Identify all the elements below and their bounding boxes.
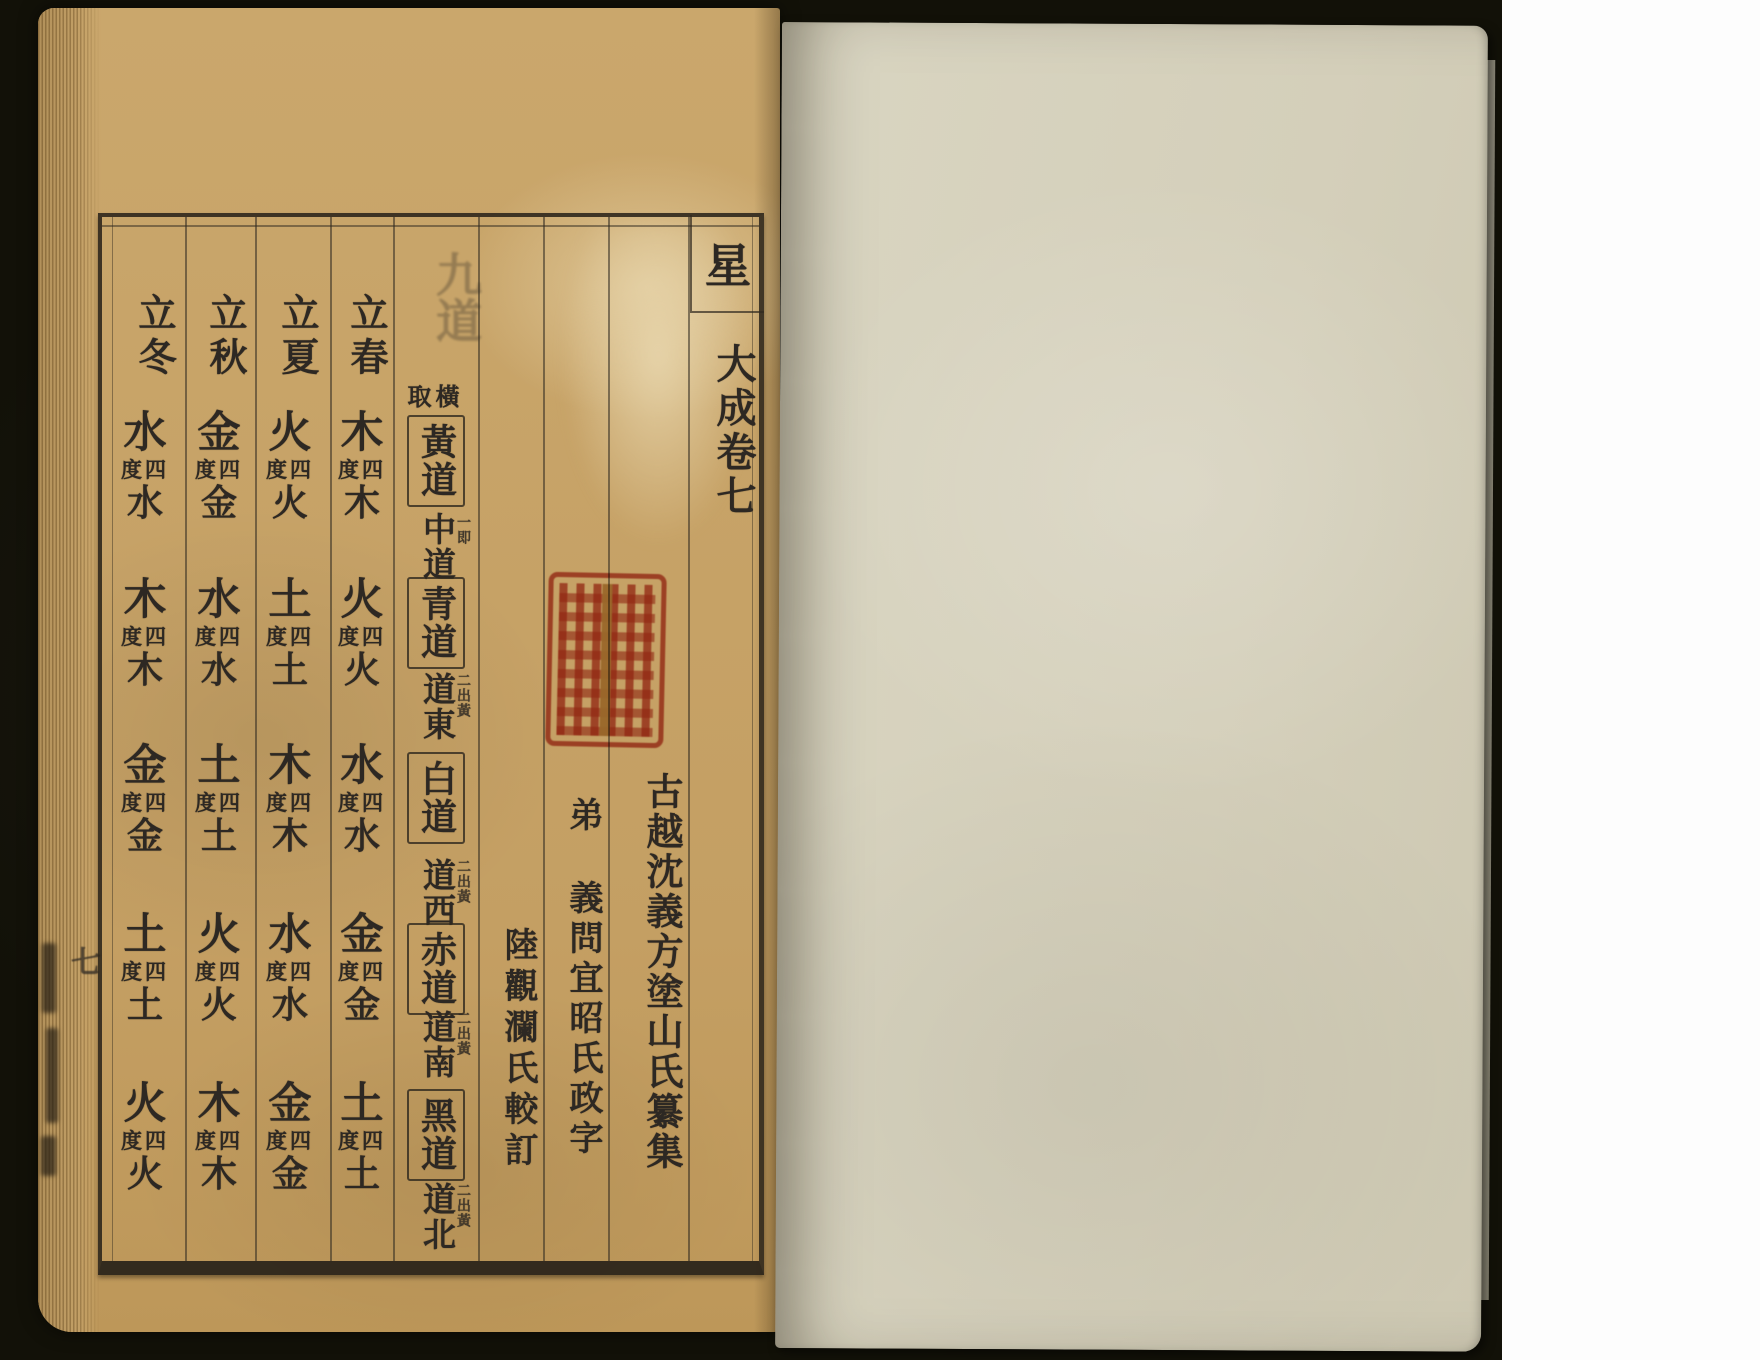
road-white-note: 二出黃 [455, 859, 473, 904]
term-label: 立春 [330, 293, 394, 381]
term-cell: 水 四度 水 [108, 412, 182, 522]
collector-seal [545, 572, 667, 748]
attribution-compiler: 古越沈義方塗山氏纂集 [608, 762, 688, 1182]
printed-frame: 星 大成卷七 古越沈義方塗山氏纂集 弟 義問宜昭氏政字 陸觀瀾氏較訂 九道 橫取… [98, 213, 764, 1275]
term-cell: 土 四度 土 [255, 579, 325, 689]
term-cell: 金 四度 金 [108, 745, 182, 855]
left-page: 七 星 大成卷七 古越沈義方塗山氏纂集 [38, 8, 780, 1332]
term-cell: 火 四度 火 [255, 412, 325, 522]
fore-edge-smudge [42, 943, 56, 1013]
book-photo-background: 七 星 大成卷七 古越沈義方塗山氏纂集 [0, 0, 1502, 1360]
term-cell: 金 四度 金 [255, 1083, 325, 1193]
attribution-brother: 義問宜昭氏政字 [543, 865, 608, 1175]
fore-edge-smudge [41, 1136, 56, 1176]
term-label: 立秋 [185, 293, 253, 381]
road-green-box: 青道 [407, 577, 465, 669]
term-cell: 木 四度 木 [108, 579, 182, 689]
road-black-note: 二出黃 [455, 1183, 473, 1228]
road-red-note: 二出黃 [455, 1011, 473, 1056]
term-col-lidong: 立冬 水 四度 水 木 四度 木 金 四度 金 土 四度 土 [108, 217, 182, 1261]
term-label: 立冬 [108, 293, 182, 381]
term-cell: 金 四度 金 [185, 412, 253, 522]
term-cell: 火 四度 火 [330, 579, 394, 689]
term-col-lichun: 立春 木 四度 木 火 四度 火 水 四度 水 金 四度 金 [330, 217, 394, 1261]
term-cell: 火 四度 火 [185, 914, 253, 1024]
term-cell: 水 四度 水 [255, 914, 325, 1024]
term-cell: 水 四度 水 [185, 579, 253, 689]
road-red-box: 赤道 [407, 923, 465, 1015]
road-green-note: 二出黃 [455, 673, 473, 718]
right-page-blank [775, 22, 1488, 1352]
term-cell: 水 四度 水 [330, 745, 394, 855]
road-yellow-box: 黃道 [407, 415, 465, 507]
roads-header-column: 九道 橫取 黃道 中道 一即 青道 道東 二出黃 白道 道西 二出黃 赤道 道南… [393, 217, 478, 1261]
term-col-lixia: 立夏 火 四度 火 土 四度 土 木 四度 木 水 四度 水 [255, 217, 325, 1261]
term-cell: 土 四度 土 [330, 1083, 394, 1193]
volume-title-top-box: 星 [690, 215, 764, 313]
roads-header-prefix: 橫取 [393, 377, 478, 412]
attribution-proofreader: 陸觀瀾氏較訂 [478, 915, 543, 1185]
volume-title: 大成卷七 [690, 331, 762, 531]
term-label: 立夏 [255, 293, 325, 381]
attribution-brother-prefix: 弟 [543, 789, 608, 839]
term-col-liqiu: 立秋 金 四度 金 水 四度 水 土 四度 土 火 四度 火 [185, 217, 253, 1261]
term-cell: 木 四度 木 [185, 1083, 253, 1193]
road-white-box: 白道 [407, 752, 465, 844]
fore-edge-smudge [46, 1028, 58, 1123]
term-cell: 金 四度 金 [330, 914, 394, 1024]
term-cell: 木 四度 木 [330, 412, 394, 522]
fore-edge-stack [38, 8, 102, 1332]
term-cell: 火 四度 火 [108, 1083, 182, 1193]
term-cell: 土 四度 土 [108, 914, 182, 1024]
volume-title-top-char: 星 [705, 230, 751, 296]
collector-seal-pattern [556, 583, 655, 737]
term-cell: 木 四度 木 [255, 745, 325, 855]
scan-margin-strip [1502, 0, 1760, 1360]
road-green-prenote: 一即 [455, 515, 473, 545]
road-black-box: 黑道 [407, 1089, 465, 1181]
term-cell: 土 四度 土 [185, 745, 253, 855]
